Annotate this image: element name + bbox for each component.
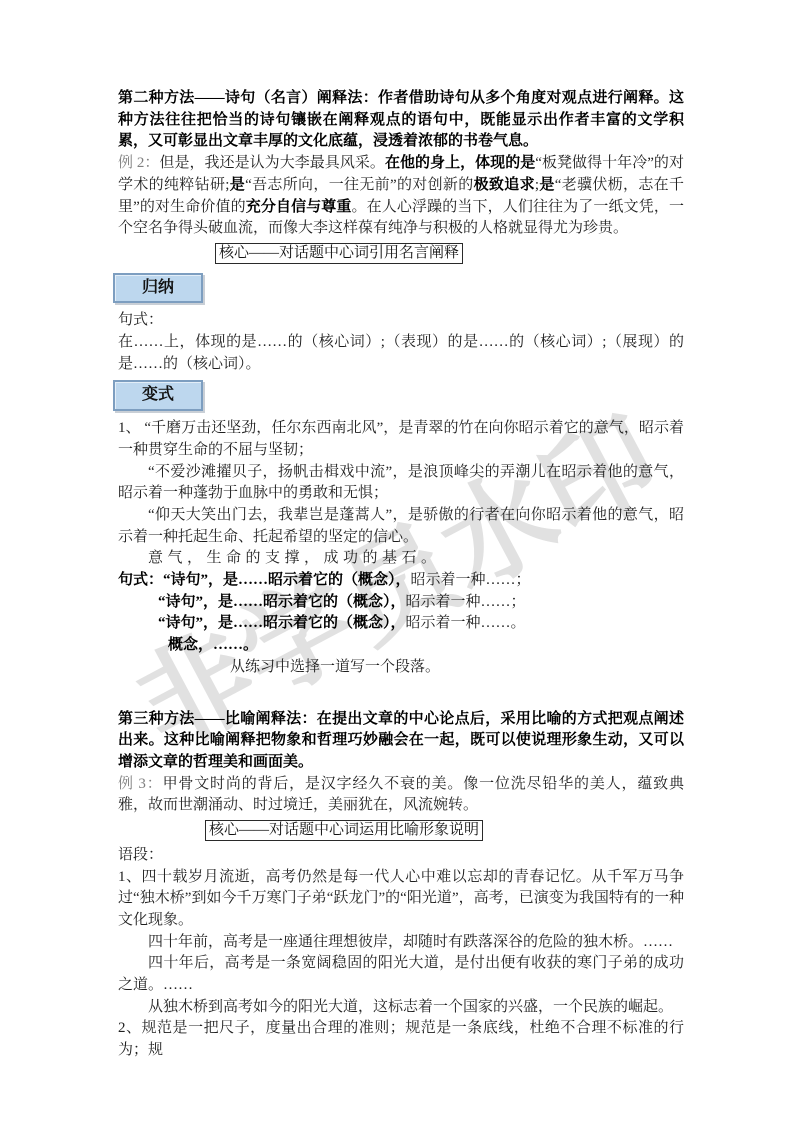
text-run: 四十年后，高考是一条宽阔稳固的阳光大道，是付出便有收获的寒门子弟的成功之道。…… bbox=[118, 955, 684, 993]
example2-paragraph: 例 2：但是，我还是认为大李最具风采。在他的身上，体现的是“板凳做得十年冷”的对… bbox=[118, 153, 684, 240]
pattern-line-3: “诗句”，是……昭示着它的（概念），昭示着一种……。 bbox=[158, 613, 684, 635]
method3-intro: 第三种方法——比喻阐释法：在提出文章的中心论点后，采用比喻的方式把观点阐述出来。… bbox=[118, 709, 684, 774]
pattern-line-4: 概念，……。 bbox=[168, 635, 684, 657]
passage-2: 2、规范是一把尺子，度量出合理的准则；规范是一条底线，杜绝不合理不标准的行为；规 bbox=[118, 1018, 684, 1061]
text-run: 但是，我还是认为大李最具风采。 bbox=[159, 155, 385, 171]
text-run: 例 3： bbox=[118, 776, 163, 792]
text-run: “吾志所向，一往无前”的对创新的 bbox=[245, 177, 474, 193]
text-run: 极致追求 bbox=[474, 177, 535, 193]
text-run: 2、规范是一把尺子，度量出合理的准则；规范是一条底线，杜绝不合理不标准的行为；规 bbox=[118, 1020, 684, 1058]
document-content: 第二种方法——诗句（名言）阐释法：作者借助诗句从多个角度对观点进行阐释。这种方法… bbox=[118, 88, 684, 1062]
summary-callout-row: 归纳 bbox=[118, 268, 684, 311]
variant-item-1: 1、 “千磨万击还坚劲，任尔东西南北风”，是青翠的竹在向你昭示着它的意气，昭示着… bbox=[118, 418, 684, 461]
core-note-metaphor: 核心——对话题中心词运用比喻形象说明 bbox=[205, 820, 483, 841]
text-run: 在……上，体现的是……的（核心词）;（表现）的是……的（核心词）;（展现）的是…… bbox=[118, 334, 684, 372]
text-run: 是 bbox=[539, 177, 555, 193]
text-run: “不爱沙滩擢贝子，扬帆击楫戏中流”，是浪顶峰尖的弄潮儿在昭示着他的意气，昭示着一… bbox=[118, 464, 684, 502]
text-run: 从独木桥到高考如今的阳光大道，这标志着一个国家的兴盛，一个民族的崛起。 bbox=[148, 999, 673, 1015]
summary-callout: 归纳 bbox=[113, 273, 203, 304]
method2-intro: 第二种方法——诗句（名言）阐释法：作者借助诗句从多个角度对观点进行阐释。这种方法… bbox=[118, 88, 684, 153]
pattern-line-1: 句式：“诗句”，是……昭示着它的（概念），昭示着一种……； bbox=[118, 570, 684, 592]
pattern-sentence: 在……上，体现的是……的（核心词）;（表现）的是……的（核心词）;（展现）的是…… bbox=[118, 332, 684, 375]
text-run: 概念，……。 bbox=[168, 637, 258, 653]
core-note-metaphor-row: 核心——对话题中心词运用比喻形象说明 bbox=[205, 820, 684, 842]
variant-conclusion: 意气，生命的支撑，成功的基石。 bbox=[118, 548, 684, 570]
text-run: 语段： bbox=[118, 847, 163, 863]
variant-callout: 变式 bbox=[113, 380, 203, 411]
text-run: 句式：“诗句”，是……昭示着它的（概念）， bbox=[118, 572, 411, 588]
text-run: “诗句”，是……昭示着它的（概念）， bbox=[158, 594, 406, 610]
text-run: 第二种方法——诗句（名言）阐释法：作者借助诗句从多个角度对观点进行阐释。这种方法… bbox=[118, 90, 684, 149]
text-run: 句式： bbox=[118, 312, 163, 328]
text-run: 充分自信与尊重 bbox=[246, 199, 352, 215]
passage-1c: 从独木桥到高考如今的阳光大道，这标志着一个国家的兴盛，一个民族的崛起。 bbox=[118, 997, 684, 1019]
passage-1b: 四十年后，高考是一条宽阔稳固的阳光大道，是付出便有收获的寒门子弟的成功之道。…… bbox=[118, 953, 684, 996]
text-run: 昭示着一种……； bbox=[406, 594, 526, 610]
exercise-instruction: 从练习中选择一道写一个段落。 bbox=[230, 657, 684, 679]
text-run: 第三种方法——比喻阐释法：在提出文章的中心论点后，采用比喻的方式把观点阐述出来。… bbox=[118, 711, 684, 770]
text-run: 1、四十载岁月流逝，高考仍然是每一代人心中难以忘却的青春记忆。从千军万马争过“独… bbox=[118, 869, 684, 928]
text-run: 四十年前，高考是一座通往理想彼岸，却随时有跌落深谷的危险的独木桥。…… bbox=[148, 934, 673, 950]
passage-label: 语段： bbox=[118, 845, 684, 867]
variant-callout-row: 变式 bbox=[118, 375, 684, 418]
text-run: “诗句”，是……昭示着它的（概念）， bbox=[158, 615, 406, 631]
core-note-quote: 核心——对话题中心词引用名言阐释 bbox=[215, 243, 463, 264]
text-run: 甲骨文时尚的背后，是汉字经久不衰的美。像一位洗尽铅华的美人，蕴致典雅，故而世潮涌… bbox=[118, 776, 684, 814]
text-run: 从练习中选择一道写一个段落。 bbox=[230, 659, 440, 675]
text-run: 在他的身上，体现的是 bbox=[385, 155, 535, 171]
text-run: 例 2： bbox=[118, 155, 159, 171]
text-run: 1、 “千磨万击还坚劲，任尔东西南北风”，是青翠的竹在向你昭示着它的意气，昭示着… bbox=[118, 420, 684, 458]
example3-paragraph: 例 3：甲骨文时尚的背后，是汉字经久不衰的美。像一位洗尽铅华的美人，蕴致典雅，故… bbox=[118, 774, 684, 817]
text-run: 意气，生命的支撑，成功的基石。 bbox=[148, 550, 441, 566]
text-run: 是 bbox=[229, 177, 245, 193]
variant-item-3: “仰天大笑出门去，我辈岂是蓬蒿人”，是骄傲的行者在向你昭示着他的意气，昭示着一种… bbox=[118, 505, 684, 548]
document-page: 非学员水印 第二种方法——诗句（名言）阐释法：作者借助诗句从多个角度对观点进行阐… bbox=[0, 0, 793, 1122]
pattern-line-2: “诗句”，是……昭示着它的（概念），昭示着一种……； bbox=[158, 592, 684, 614]
variant-item-2: “不爱沙滩擢贝子，扬帆击楫戏中流”，是浪顶峰尖的弄潮儿在昭示着他的意气，昭示着一… bbox=[118, 462, 684, 505]
passage-1: 1、四十载岁月流逝，高考仍然是每一代人心中难以忘却的青春记忆。从千军万马争过“独… bbox=[118, 867, 684, 932]
pattern-label: 句式： bbox=[118, 310, 684, 332]
core-note-quote-row: 核心——对话题中心词引用名言阐释 bbox=[215, 243, 684, 265]
text-run: 昭示着一种……； bbox=[411, 572, 531, 588]
text-run: “仰天大笑出门去，我辈岂是蓬蒿人”，是骄傲的行者在向你昭示着他的意气，昭示着一种… bbox=[118, 507, 684, 545]
passage-1a: 四十年前，高考是一座通往理想彼岸，却随时有跌落深谷的危险的独木桥。…… bbox=[118, 932, 684, 954]
text-run: 昭示着一种……。 bbox=[406, 615, 526, 631]
